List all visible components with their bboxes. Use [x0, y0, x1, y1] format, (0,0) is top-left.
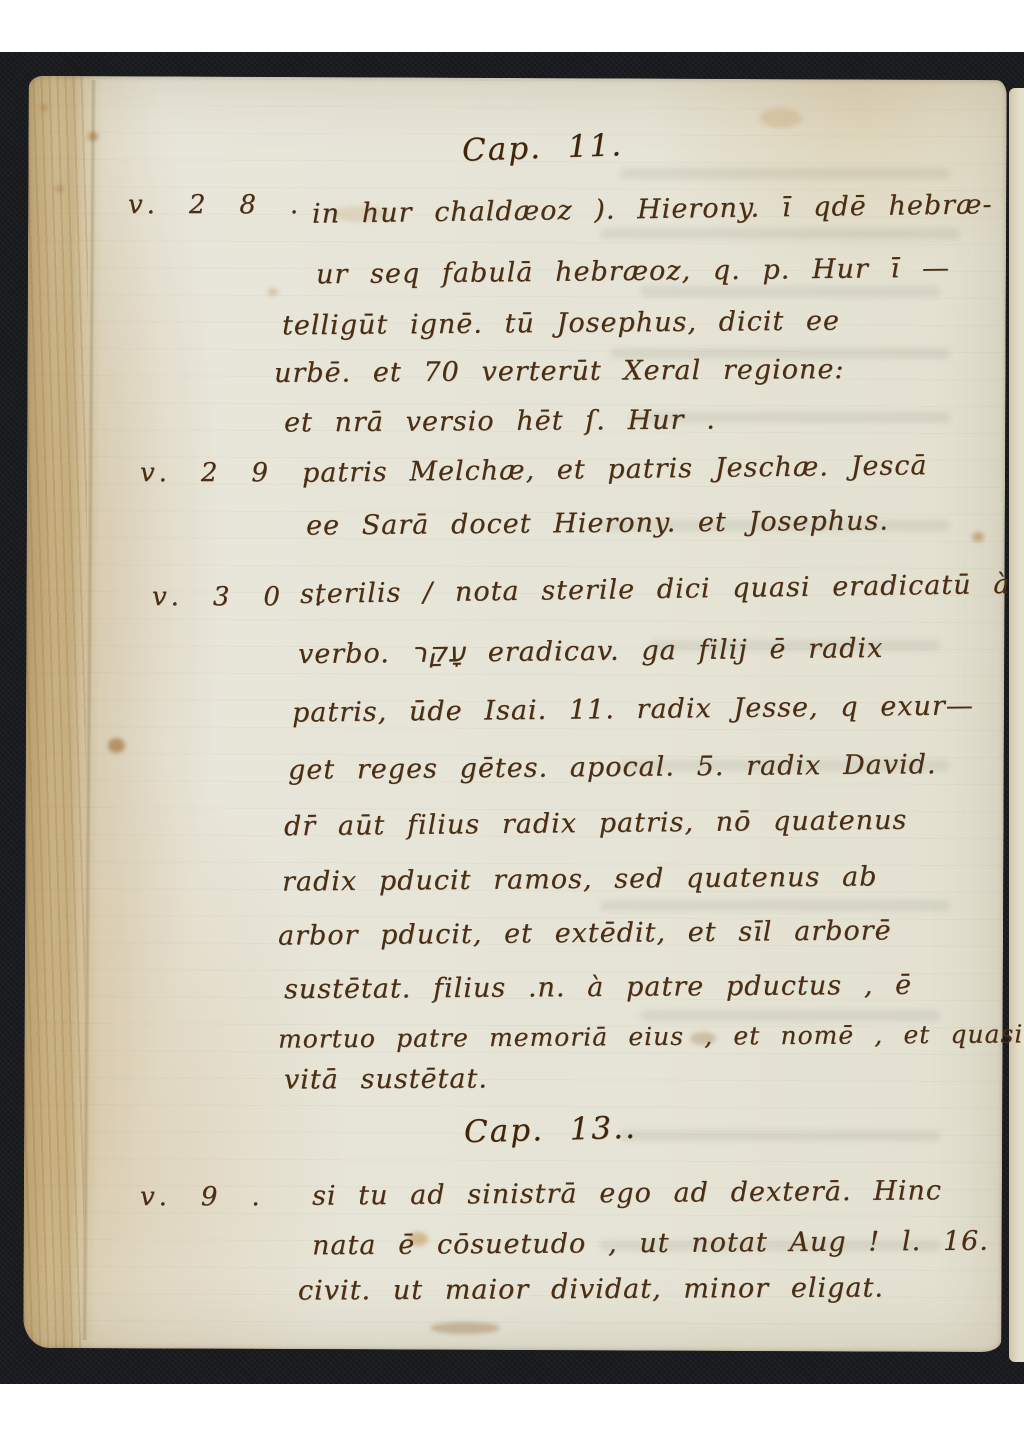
manuscript-line: sustētat. filius .n. à patre pductus , ē	[284, 970, 912, 1005]
verse-label-29: v. 2 9 .	[140, 458, 317, 488]
verse-label-28: v. 2 8 .	[128, 190, 305, 220]
manuscript-line: civit. ut maior dividat, minor eligat.	[298, 1272, 884, 1306]
manuscript-line: sterilis / nota sterile dici quasi eradi…	[300, 569, 1011, 610]
chapter-heading-cap13: Cap. 13..	[464, 1110, 638, 1151]
verse-label-9: v. 9 .	[140, 1182, 267, 1212]
manuscript-line: get reges gētes. apocal. 5. radix David.	[288, 749, 937, 786]
manuscript-line: et nrā versio hēt ſ. Hur .	[284, 404, 716, 438]
scanned-manuscript-page: Cap. 11. v. 2 8 . in hur chaldæoz ). Hie…	[0, 0, 1024, 1448]
manuscript-line: patris, ūde Isai. 11. radix Jesse, q exu…	[292, 690, 974, 728]
manuscript-line: si tu ad sinistrā ego ad dexterā. Hinc	[312, 1175, 942, 1211]
manuscript-line: mortuo patre memoriā eius , et nomē , et…	[278, 1019, 1023, 1053]
manuscript-line: vitā sustētat.	[284, 1063, 488, 1095]
manuscript-line: in hur chaldæoz ). Hierony. ī qdē hebræ-	[312, 189, 993, 229]
handwriting-layer: Cap. 11. v. 2 8 . in hur chaldæoz ). Hie…	[0, 0, 1024, 1448]
manuscript-line: ur seq fabulā hebræoz, q. p. Hur ī —	[316, 253, 950, 291]
manuscript-line: dr̄ aūt filius radix patris, nō quatenus	[284, 805, 908, 843]
manuscript-line: radix pducit ramos, sed quatenus ab	[282, 861, 878, 897]
manuscript-line: patris Melchæ, et patris Jeschæ. Jescā	[302, 450, 928, 489]
manuscript-line: nata ē cōsuetudo , ut notat Aug ! l. 16.	[312, 1226, 989, 1262]
manuscript-line: ee Sarā docet Hierony. et Josephus.	[306, 505, 889, 541]
manuscript-line: urbē. et 70 verterūt Xeral regione:	[274, 354, 845, 389]
chapter-heading-cap11: Cap. 11.	[461, 127, 623, 169]
manuscript-line: arbor pducit, et extēdit, et sīl arborē	[278, 915, 892, 951]
manuscript-line: verbo. עָקַר eradicav. ga filij ē radix	[298, 633, 884, 670]
manuscript-line: telligūt ignē. tū Josephus, dicit ee	[282, 306, 840, 342]
